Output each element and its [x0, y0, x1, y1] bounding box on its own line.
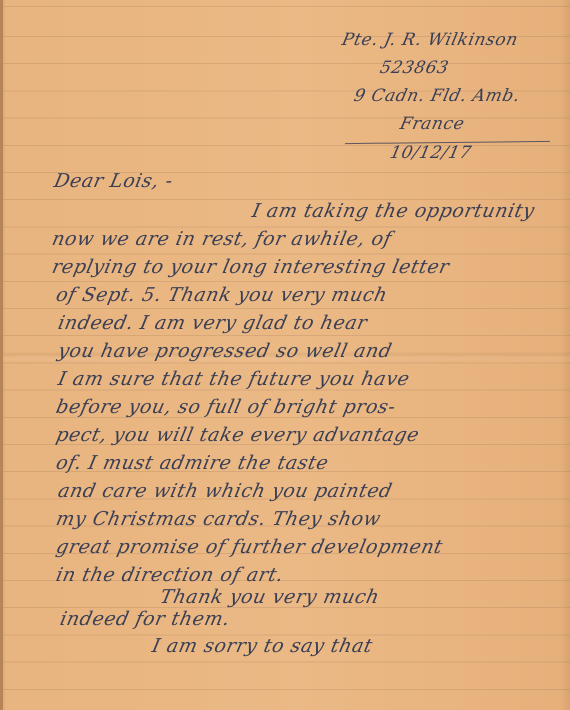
letter-line: I am sorry to say that [150, 635, 375, 657]
page-edge [0, 0, 3, 710]
letter-line: indeed for them. [58, 608, 232, 630]
letter-line: before you, so full of bright pros- [54, 396, 398, 418]
letter-line: you have progressed so well and [56, 340, 394, 362]
letter-line: and care with which you painted [56, 480, 394, 502]
service-number: 523863 [378, 58, 451, 78]
letter-line: my Christmas cards. They show [54, 508, 383, 530]
letter-line: great promise of further development [54, 536, 445, 558]
letter-line: indeed. I am very glad to hear [56, 312, 369, 334]
letter-line: pect, you will take every advantage [54, 424, 421, 446]
letter-line: now we are in rest, for awhile, of [50, 228, 394, 250]
letter-line: replying to your long interesting letter [50, 256, 451, 278]
letter-line: Thank you very much [158, 586, 382, 608]
sender-name: Pte. J. R. Wilkinson [340, 30, 520, 50]
letter-page: Pte. J. R. Wilkinson 523863 9 Cadn. Fld.… [0, 0, 570, 710]
letter-line: I am sure that the future you have [56, 368, 412, 390]
salutation: Dear Lois, - [52, 170, 175, 192]
letter-line: of. I must admire the taste [54, 452, 331, 474]
letter-date: 10/12/17 [388, 143, 473, 163]
letter-line: of Sept. 5. Thank you very much [54, 284, 390, 306]
letter-line: in the direction of art. [54, 564, 286, 586]
letter-line: I am taking the opportunity [250, 200, 537, 222]
sender-unit: 9 Cadn. Fld. Amb. [352, 86, 522, 106]
sender-location: France [398, 114, 466, 134]
